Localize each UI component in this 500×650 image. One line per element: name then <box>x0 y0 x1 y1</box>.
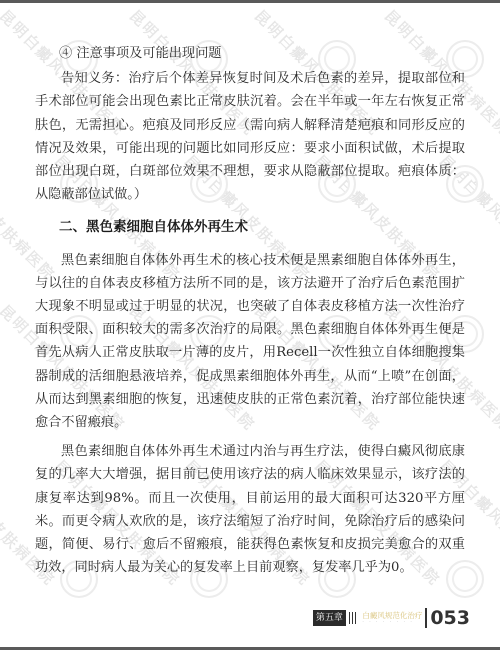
page-number: 053 <box>425 608 470 628</box>
chapter-badge: 第五章 <box>313 610 346 626</box>
page-body: ④ 注意事项及可能出现问题 告知义务：治疗后个体差异恢复时间及术后色素的差异，提… <box>35 42 465 579</box>
paragraph-technique: 黑色素细胞自体体外再生术的核心技术便是黑素细胞自体体外再生，与以往的自体表皮移植… <box>35 249 465 435</box>
book-title-block: 白癜风规范化治疗 · · · · · · · · <box>362 611 422 626</box>
barcode-divider-icon <box>349 612 357 624</box>
page-footer: 第五章 白癜风规范化治疗 · · · · · · · · 053 <box>313 607 470 629</box>
book-subtitle: · · · · · · · · <box>362 620 413 626</box>
section-title: 二、黑色素细胞自体体外再生术 <box>35 216 465 239</box>
top-border-rule <box>0 0 500 3</box>
paragraph-notice: 告知义务：治疗后个体差异恢复时间及术后色素的差异，提取部位和手术部位可能会出现色… <box>35 67 465 206</box>
book-title: 白癜风规范化治疗 <box>362 611 422 620</box>
subheading: ④ 注意事项及可能出现问题 <box>35 42 465 65</box>
paragraph-results: 黑色素细胞自体体外再生术通过内治与再生疗法，使得白癜风彻底康复的几率大大增强，据… <box>35 440 465 579</box>
